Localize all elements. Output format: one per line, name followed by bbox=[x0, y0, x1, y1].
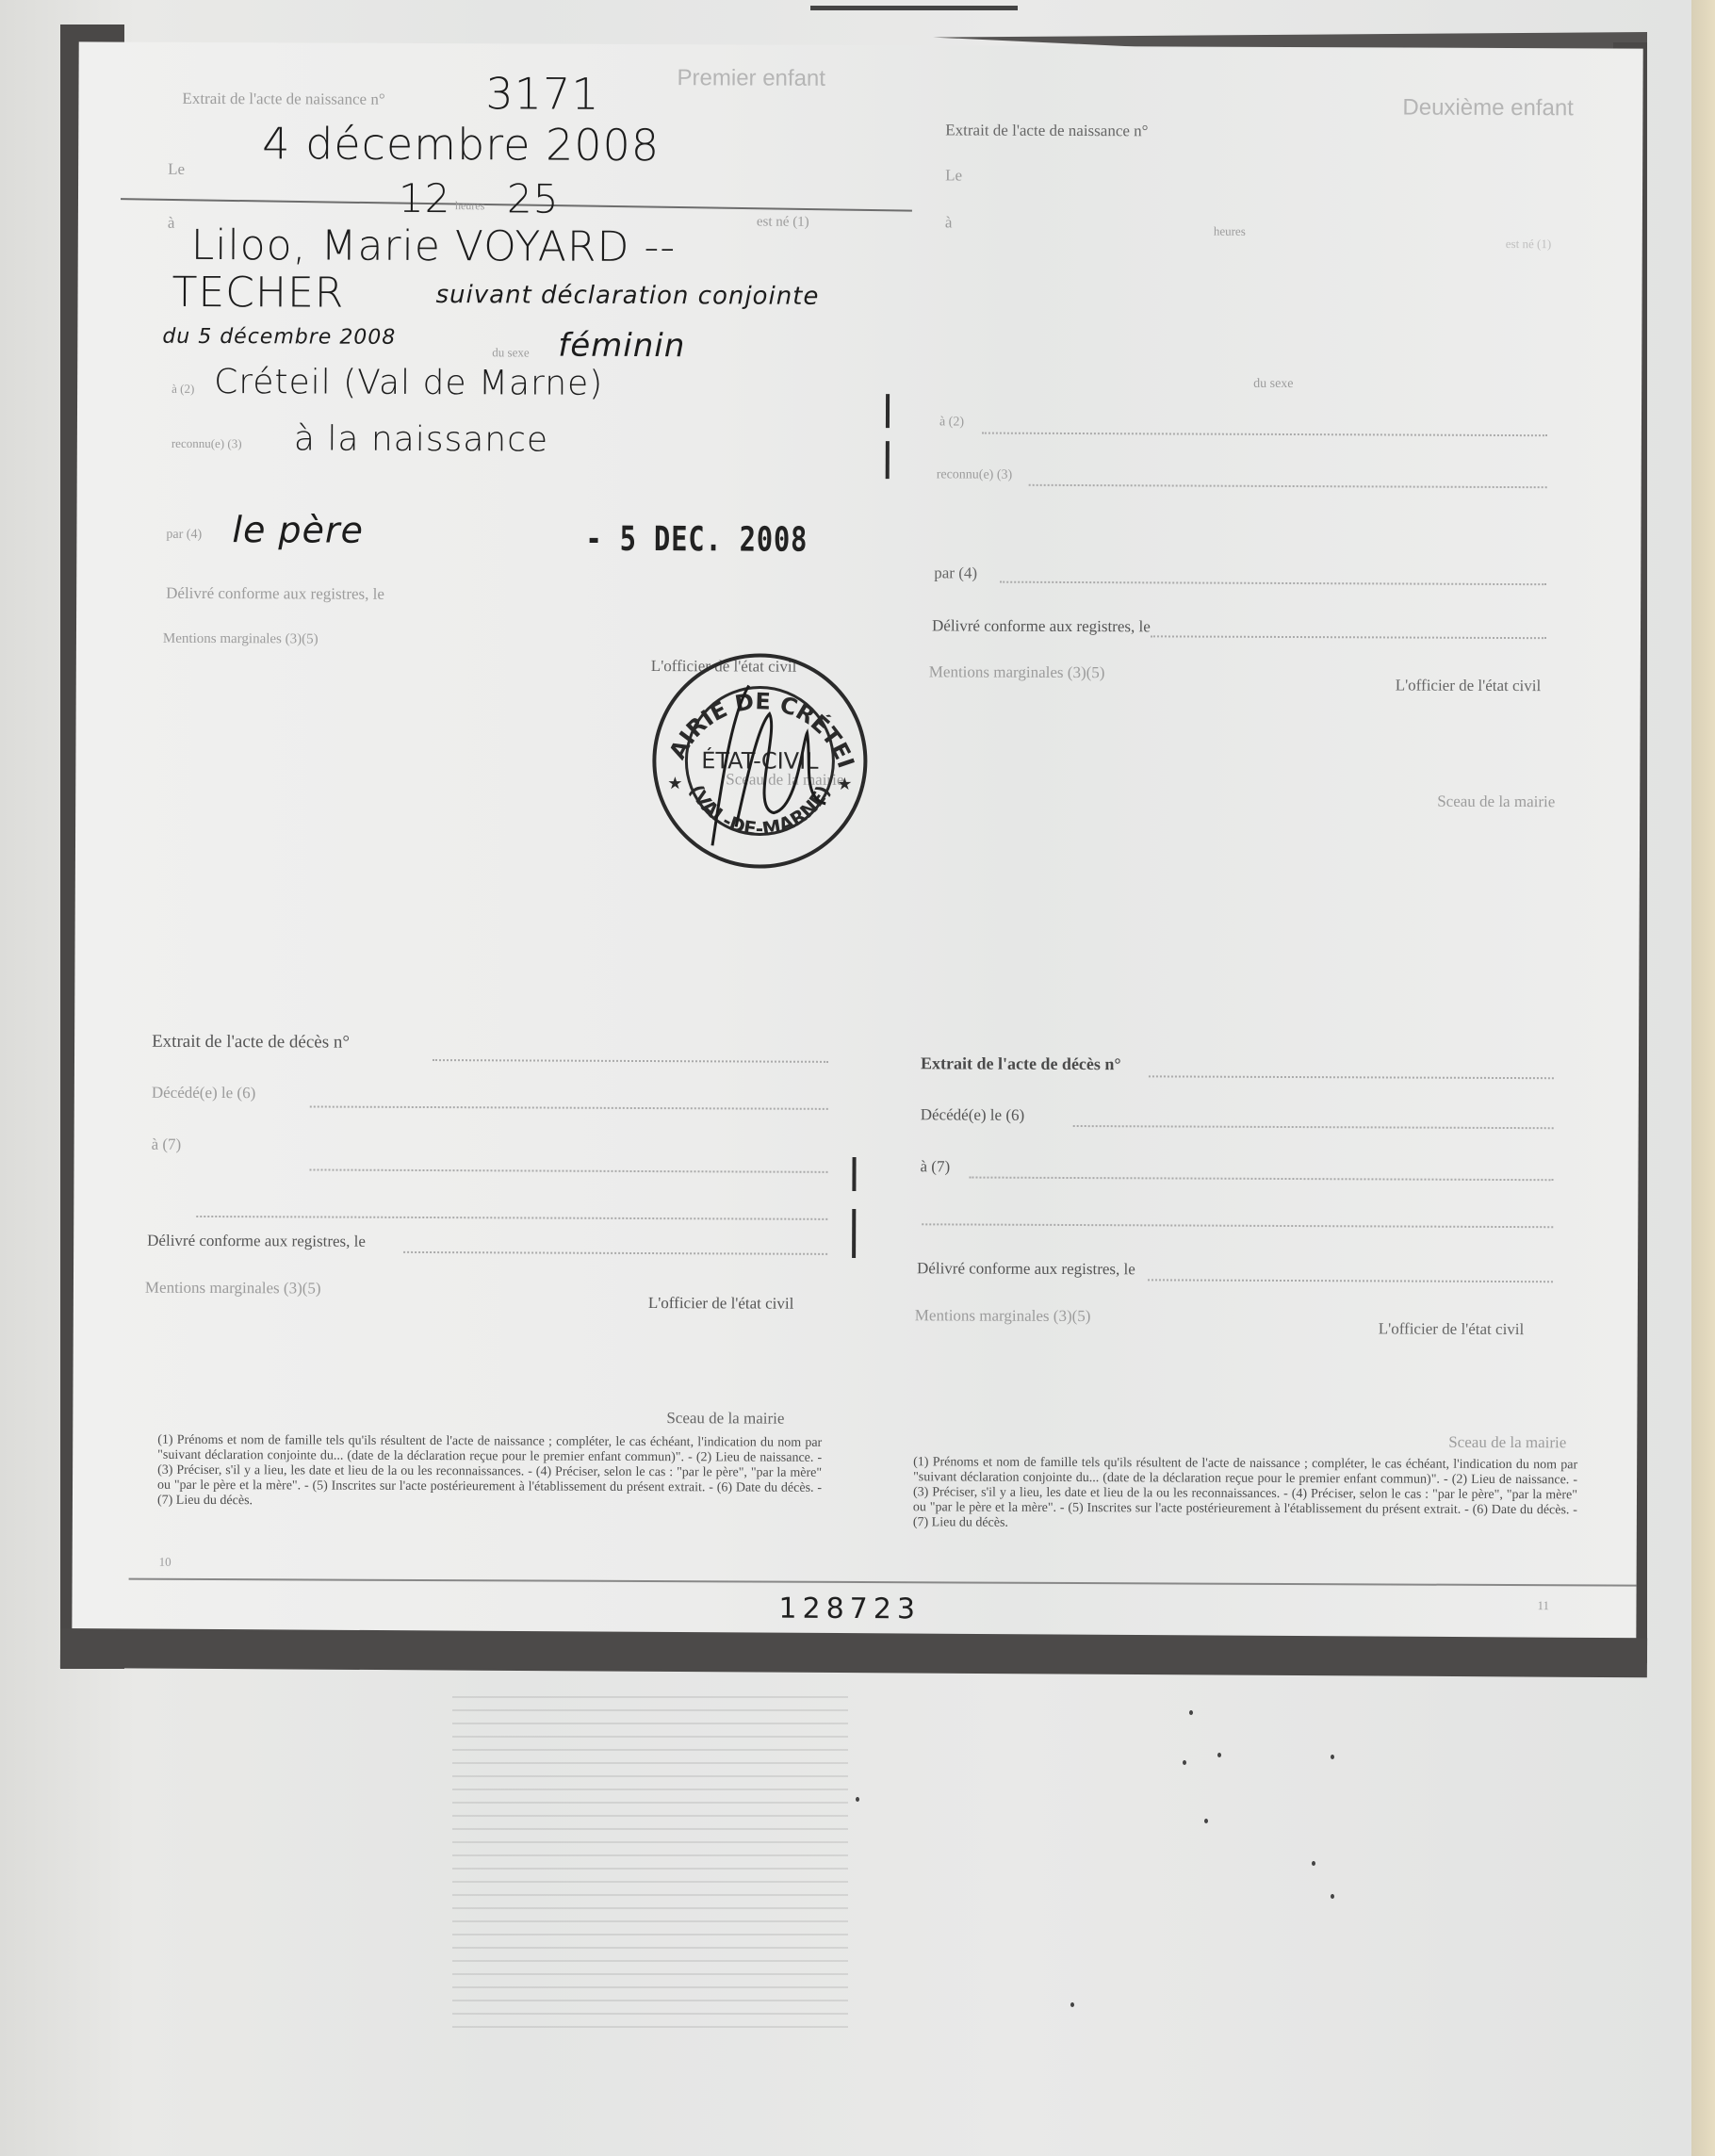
first-recognized-value: à la naissance bbox=[294, 419, 548, 459]
first-by-value: le père bbox=[232, 509, 364, 551]
bleed-through-text bbox=[452, 1696, 848, 2035]
first-name-note: suivant déclaration conjointe bbox=[435, 281, 819, 311]
first-act-number: 3171 bbox=[485, 68, 599, 120]
speck bbox=[1183, 1760, 1186, 1765]
first-hours-label: heures bbox=[455, 199, 484, 213]
first-sex-value: féminin bbox=[558, 327, 685, 366]
dotted-field bbox=[1073, 1125, 1554, 1129]
dotted-field bbox=[1029, 484, 1547, 488]
photocopied-form: Premier enfant Extrait de l'acte de nais… bbox=[72, 41, 1642, 1650]
copy-border-bottom bbox=[60, 1628, 1647, 1677]
right-death-officer-label: L'officier de l'état civil bbox=[1379, 1319, 1525, 1339]
first-child-name-line2: TECHER bbox=[171, 269, 344, 318]
second-birth-extract-label: Extrait de l'acte de naissance n° bbox=[945, 121, 1148, 140]
first-child-name-line1: Liloo, Marie VOYARD -- bbox=[191, 221, 677, 271]
second-delivered-label: Délivré conforme aux registres, le bbox=[932, 616, 1151, 636]
first-child-heading: Premier enfant bbox=[677, 65, 825, 92]
right-death-delivered-label: Délivré conforme aux registres, le bbox=[917, 1259, 1135, 1279]
first-marginal-label: Mentions marginales (3)(5) bbox=[163, 631, 318, 648]
second-place-label: à (2) bbox=[939, 415, 964, 430]
svg-text:★: ★ bbox=[667, 774, 682, 792]
first-name-note-date: du 5 décembre 2008 bbox=[162, 325, 396, 350]
first-born-label: est né (1) bbox=[757, 215, 809, 231]
scan-artifact bbox=[810, 6, 1018, 10]
right-death-seal-label: Sceau de la mairie bbox=[1448, 1433, 1566, 1453]
first-by-label: par (4) bbox=[166, 528, 202, 543]
dotted-field bbox=[922, 1223, 1553, 1228]
second-by-label: par (4) bbox=[934, 563, 977, 582]
margin-mark bbox=[886, 394, 890, 428]
scanned-page: Premier enfant Extrait de l'acte de nais… bbox=[0, 0, 1691, 2156]
speck bbox=[1189, 1710, 1193, 1715]
left-death-marginal-label: Mentions marginales (3)(5) bbox=[145, 1279, 321, 1298]
dotted-field bbox=[433, 1059, 828, 1063]
first-recognized-label: reconnu(e) (3) bbox=[171, 436, 242, 451]
speck bbox=[1312, 1861, 1315, 1866]
margin-mark bbox=[886, 441, 890, 479]
dotted-field bbox=[1148, 1279, 1553, 1282]
second-born-label: est né (1) bbox=[1506, 237, 1551, 252]
dotted-field bbox=[982, 433, 1547, 437]
dotted-field bbox=[1151, 635, 1546, 639]
left-footnote: (1) Prénoms et nom de famille tels qu'il… bbox=[157, 1433, 822, 1511]
left-death-delivered-label: Délivré conforme aux registres, le bbox=[147, 1232, 366, 1251]
second-marginal-label: Mentions marginales (3)(5) bbox=[929, 662, 1105, 682]
speck bbox=[1331, 1755, 1334, 1759]
left-died-label: Décédé(e) le (6) bbox=[152, 1084, 256, 1102]
first-at-label: à bbox=[168, 214, 175, 233]
first-birth-extract-label: Extrait de l'acte de naissance n° bbox=[182, 90, 384, 109]
second-recognized-label: reconnu(e) (3) bbox=[937, 467, 1013, 482]
first-birth-minutes: 25 bbox=[507, 175, 560, 221]
right-death-place-label: à (7) bbox=[920, 1157, 950, 1176]
second-sex-label: du sexe bbox=[1253, 377, 1293, 392]
dotted-field bbox=[1149, 1075, 1554, 1079]
speck bbox=[1331, 1894, 1334, 1899]
page-number-right: 11 bbox=[1537, 1598, 1549, 1613]
second-hours-label: heures bbox=[1214, 224, 1246, 239]
margin-mark bbox=[852, 1209, 856, 1258]
first-birth-place: Créteil (Val de Marne) bbox=[214, 363, 603, 403]
first-place-label: à (2) bbox=[171, 382, 194, 397]
left-death-officer-label: L'officier de l'état civil bbox=[648, 1294, 794, 1314]
speck bbox=[856, 1797, 859, 1802]
second-at-label: à bbox=[945, 213, 953, 232]
document-serial-number: 128723 bbox=[778, 1592, 921, 1626]
second-child-heading: Deuxième enfant bbox=[1402, 95, 1574, 122]
footer-divider bbox=[129, 1578, 1637, 1587]
dotted-field bbox=[1000, 581, 1546, 586]
paper-edge bbox=[1691, 0, 1715, 2156]
speck bbox=[1204, 1819, 1208, 1823]
left-death-seal-label: Sceau de la mairie bbox=[666, 1409, 784, 1429]
dotted-field bbox=[403, 1251, 827, 1255]
first-birth-hour: 12 bbox=[399, 175, 451, 221]
page-number-left: 10 bbox=[159, 1555, 171, 1570]
left-death-extract-label: Extrait de l'acte de décès n° bbox=[152, 1032, 350, 1053]
second-seal-label: Sceau de la mairie bbox=[1437, 792, 1555, 812]
margin-mark bbox=[852, 1157, 856, 1191]
right-footnote: (1) Prénoms et nom de famille tels qu'il… bbox=[913, 1455, 1577, 1533]
right-death-extract-label: Extrait de l'acte de décès n° bbox=[921, 1053, 1121, 1074]
speck bbox=[1217, 1753, 1221, 1757]
town-hall-seal-stamp: MAIRIE DE CRÉTEIL (VAL-DE-MARNE) ÉTAT-CI… bbox=[646, 647, 874, 874]
second-date-label: Le bbox=[945, 166, 962, 185]
right-died-label: Décédé(e) le (6) bbox=[921, 1105, 1025, 1124]
first-birth-date: 4 décembre 2008 bbox=[262, 118, 660, 171]
dotted-field bbox=[310, 1105, 828, 1109]
dotted-field bbox=[196, 1216, 827, 1220]
delivery-date-stamp: - 5 DEC. 2008 bbox=[585, 520, 808, 560]
right-death-marginal-label: Mentions marginales (3)(5) bbox=[915, 1306, 1091, 1326]
dotted-field bbox=[309, 1168, 827, 1172]
first-sex-label: du sexe bbox=[492, 345, 529, 360]
second-officer-label: L'officier de l'état civil bbox=[1396, 676, 1542, 695]
left-death-place-label: à (7) bbox=[152, 1135, 182, 1154]
dotted-field bbox=[969, 1177, 1553, 1182]
speck bbox=[1070, 2002, 1074, 2007]
first-date-label: Le bbox=[168, 160, 185, 179]
first-delivered-label: Délivré conforme aux registres, le bbox=[166, 584, 384, 604]
svg-text:★: ★ bbox=[837, 775, 852, 793]
